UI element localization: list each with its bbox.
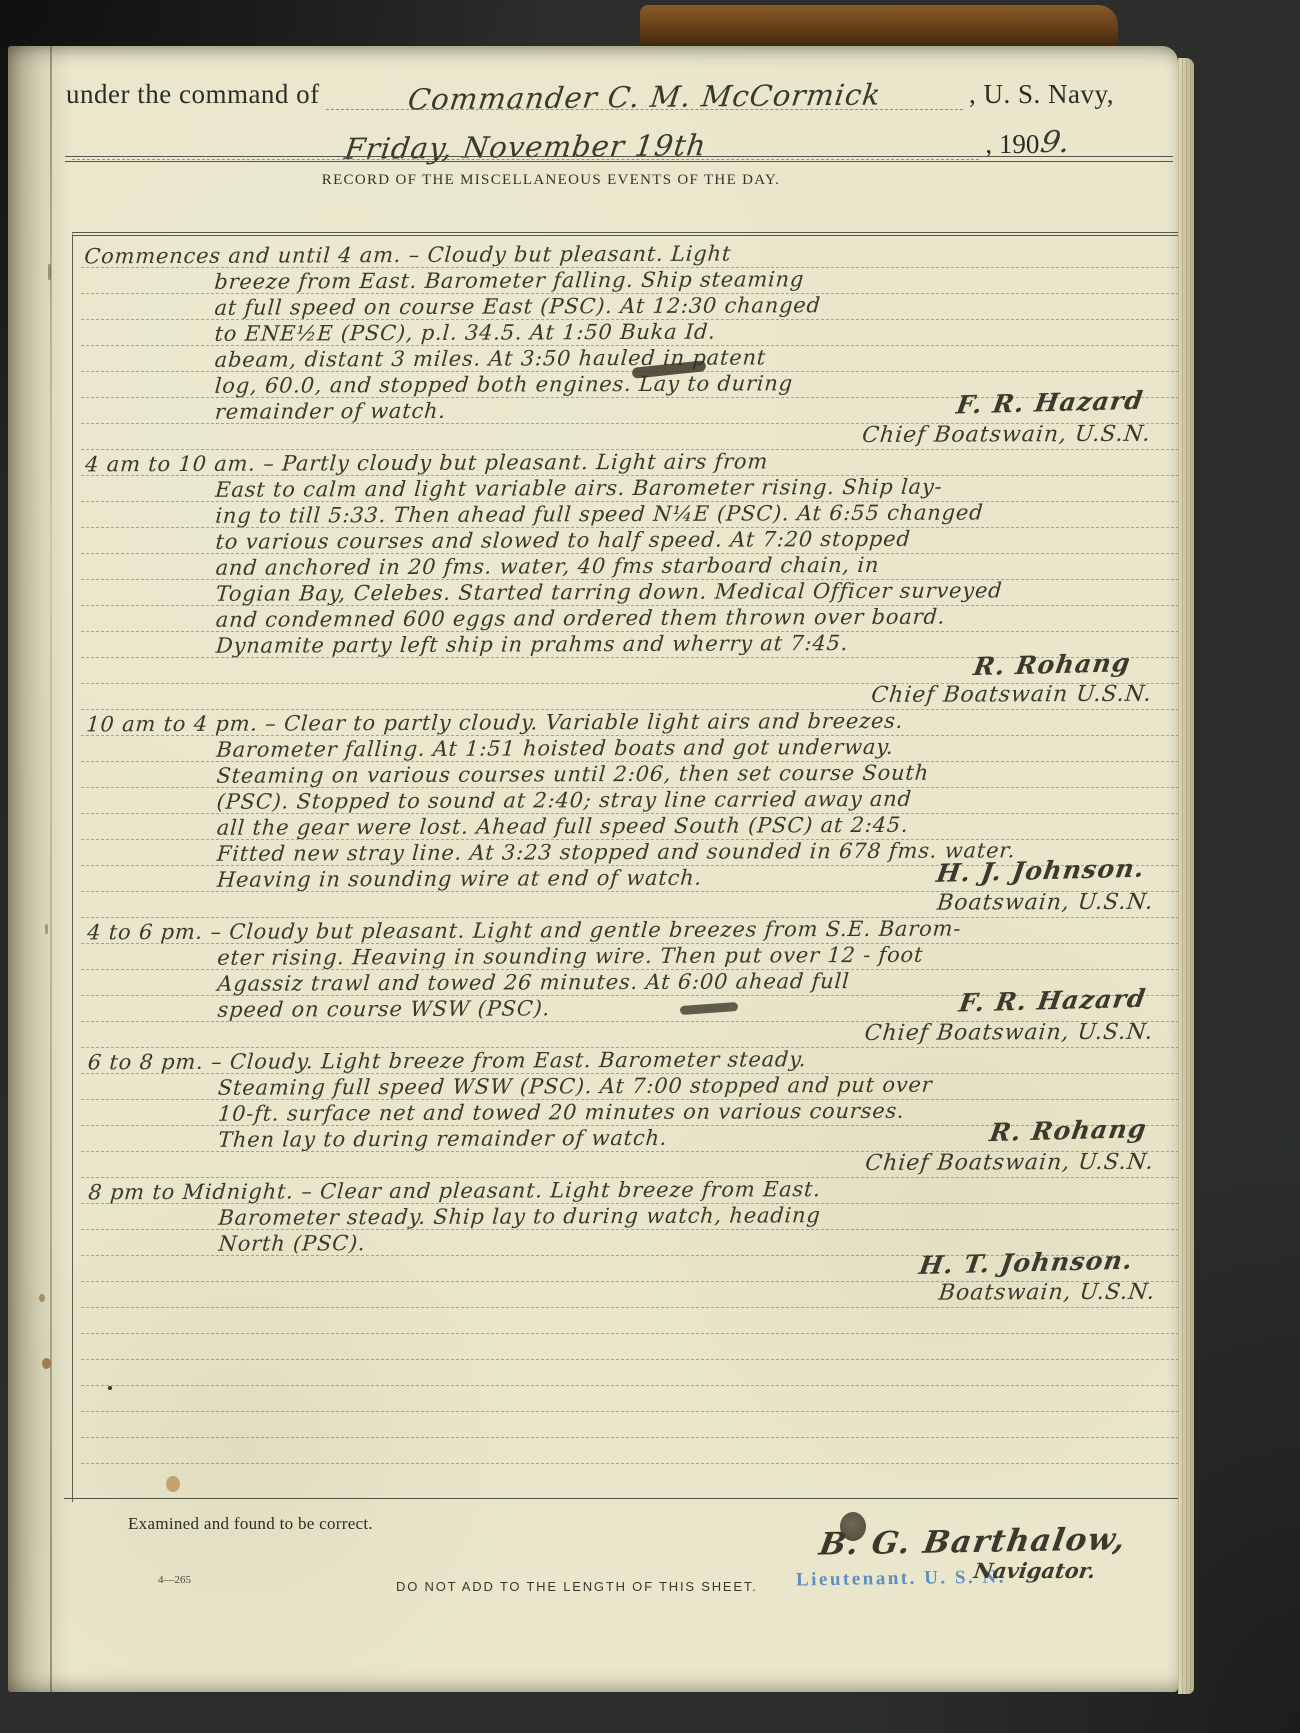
header-divider (65, 156, 1173, 162)
log-line: Barometer steady. Ship lay to during wat… (218, 1203, 822, 1230)
log-line: 10 am to 4 pm. – Clear to partly cloudy.… (86, 709, 905, 737)
scan-background: under the command of Commander C. M. McC… (0, 0, 1300, 1733)
log-line: 8 pm to Midnight. – Clear and pleasant. … (88, 1177, 822, 1204)
watch-signature-title: Chief Boatswain, U.S.N. (864, 1020, 1155, 1046)
log-line: all the gear were lost. Ahead full speed… (216, 813, 909, 840)
examined-note: Examined and found to be correct. (128, 1514, 373, 1534)
watch-signature-title: Boatswain, U.S.N. (935, 890, 1154, 916)
log-line: eter rising. Heaving in sounding wire. T… (217, 943, 924, 970)
watch-signature-title: Chief Boatswain U.S.N. (870, 682, 1153, 708)
events-box: Commences and until 4 am. – Cloudy but p… (72, 232, 1179, 1502)
form-number: 4—265 (158, 1574, 191, 1586)
watch-signature: R. Rohang (987, 1114, 1148, 1147)
date-line: Friday, November 19th , 190 9. (66, 120, 1070, 160)
watch-signature-title: Chief Boatswain, U.S.N. (864, 1150, 1155, 1176)
log-line: Commences and until 4 am. – Cloudy but p… (84, 242, 732, 269)
log-line: speed on course WSW (PSC). (217, 996, 551, 1021)
binding-stitch (45, 924, 48, 934)
command-line: under the command of Commander C. M. McC… (66, 70, 1114, 110)
log-line: breeze from East. Barometer falling. Shi… (214, 267, 805, 294)
log-line: Steaming on various courses until 2:06, … (216, 761, 930, 788)
commander-name-field: Commander C. M. McCormick (326, 69, 963, 110)
log-entries: Commences and until 4 am. – Cloudy but p… (84, 240, 1177, 1505)
sheet-length-instruction: DO NOT ADD TO THE LENGTH OF THIS SHEET. (396, 1579, 758, 1594)
ink-blot (840, 1512, 866, 1541)
log-line: 4 to 6 pm. – Cloudy but pleasant. Light … (86, 917, 962, 945)
section-title: RECORD OF THE MISCELLANEOUS EVENTS OF TH… (0, 172, 1136, 189)
log-line: and anchored in 20 fms. water, 40 fms st… (215, 553, 880, 580)
watch-signature: H. J. Johnson. (935, 854, 1148, 888)
ink-speck (108, 1386, 112, 1390)
log-line: to ENE½E (PSC), p.l. 34.5. At 1:50 Buka … (214, 320, 717, 346)
log-line: 10-ft. surface net and towed 20 minutes … (217, 1099, 905, 1126)
log-line: Togian Bay, Celebes. Started tarring dow… (215, 578, 1003, 605)
log-line: Then lay to during remainder of watch. (217, 1126, 668, 1152)
date-field: Friday, November 19th (72, 119, 979, 160)
logbook-page: under the command of Commander C. M. McC… (8, 46, 1178, 1692)
navy-suffix-label: , U. S. Navy, (969, 79, 1114, 110)
log-line: to various courses and slowed to half sp… (215, 527, 912, 554)
watch-signature: R. Rohang (971, 648, 1132, 681)
watch-signature-title: Boatswain, U.S.N. (937, 1280, 1156, 1306)
binding-shadow (8, 46, 72, 1692)
commander-name: Commander C. M. McCormick (323, 77, 966, 118)
binding-crease (50, 46, 52, 1692)
events-box-bottom-border (64, 1498, 1178, 1499)
command-prefix-label: under the command of (66, 79, 320, 110)
log-line: Steaming full speed WSW (PSC). At 7:00 s… (217, 1073, 933, 1100)
log-line: Dynamite party left ship in prahms and w… (215, 631, 849, 658)
log-line: (PSC). Stopped to sound at 2:40; stray l… (216, 787, 913, 814)
date-value: Friday, November 19th (69, 125, 982, 168)
log-line: ing to till 5:33. Then ahead full speed … (215, 500, 985, 527)
log-line: East to calm and light variable airs. Ba… (215, 475, 944, 502)
log-line: Heaving in sounding wire at end of watch… (216, 866, 703, 892)
log-line: Fitted new stray line. At 3:23 stopped a… (216, 838, 1016, 865)
log-line: Agassiz trawl and towed 26 minutes. At 6… (217, 969, 851, 996)
log-line: 4 am to 10 am. – Partly cloudy but pleas… (84, 449, 769, 476)
log-line: Barometer falling. At 1:51 hoisted boats… (216, 735, 895, 762)
paper-stain (42, 1358, 51, 1369)
log-line: remainder of watch. (214, 399, 446, 424)
log-line: 6 to 8 pm. – Cloudy. Light breeze from E… (87, 1047, 807, 1074)
log-line: log, 60.0, and stopped both engines. Lay… (214, 371, 794, 398)
watch-signature: H. T. Johnson. (917, 1246, 1135, 1280)
log-line: North (PSC). (218, 1231, 367, 1256)
binding-stitch (48, 264, 51, 280)
watch-signature: F. R. Hazard (957, 984, 1148, 1018)
watch-signature: F. R. Hazard (954, 386, 1145, 420)
paper-stain (39, 1294, 45, 1302)
navigator-title: Navigator. (972, 1558, 1097, 1583)
watch-signature-title: Chief Boatswain, U.S.N. (861, 422, 1152, 448)
log-line: at full speed on course East (PSC). At 1… (214, 293, 822, 320)
book-top-edge (640, 5, 1118, 49)
log-line: and condemned 600 eggs and ordered them … (215, 605, 946, 632)
paper-stain (166, 1476, 180, 1492)
year-digit: 9. (1038, 125, 1073, 160)
